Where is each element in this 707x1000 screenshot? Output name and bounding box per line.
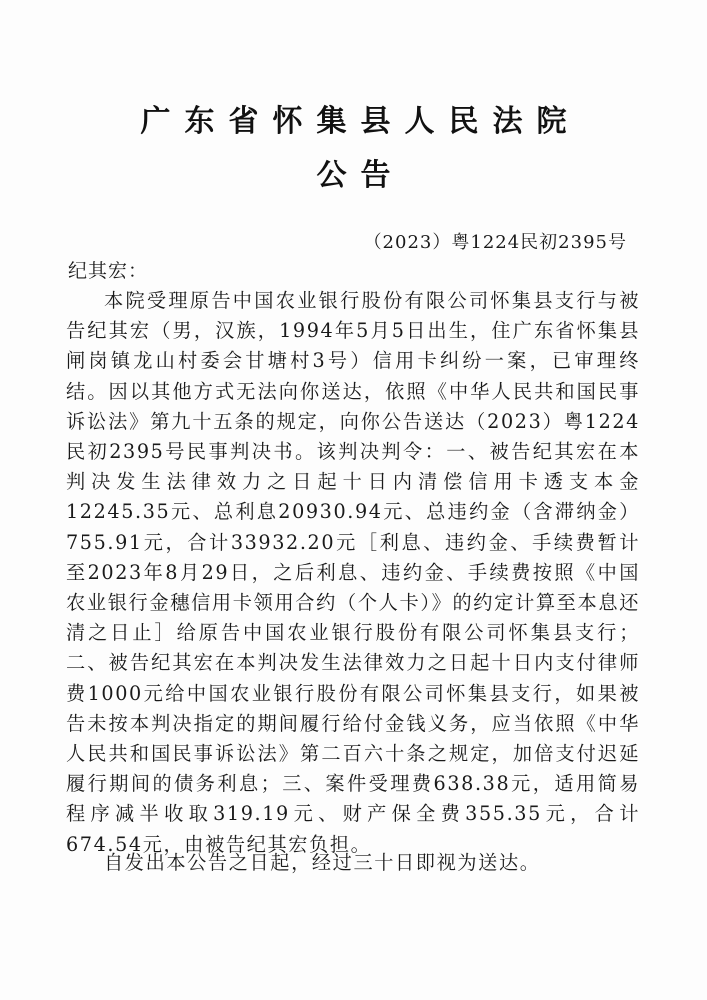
court-name-heading: 广东省怀集县人民法院	[0, 96, 707, 140]
case-number: （2023）粤1224民初2395号	[364, 228, 627, 254]
body-paragraph-service-notice: 自发出本公告之日起，经过三十日即视为送达。	[66, 848, 640, 878]
body-paragraph-judgment: 本院受理原告中国农业银行股份有限公司怀集县支行与被告纪其宏（男，汉族，1994年…	[66, 286, 640, 860]
document-page: 广东省怀集县人民法院 公告 （2023）粤1224民初2395号 纪其宏： 本院…	[0, 0, 707, 1000]
salutation: 纪其宏：	[68, 256, 148, 283]
document-type-heading: 公告	[0, 150, 707, 194]
